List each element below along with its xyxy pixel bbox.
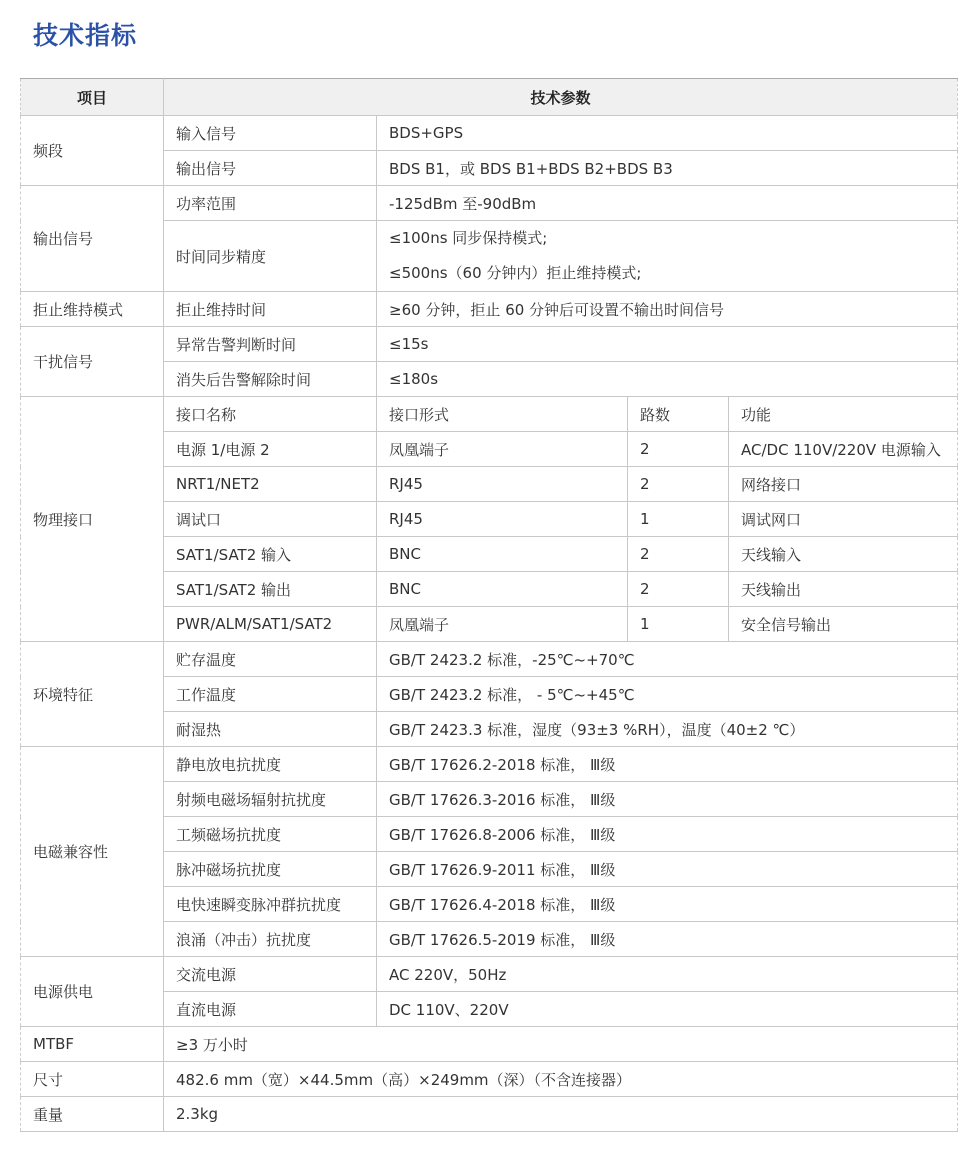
table-row: 干扰信号 异常告警判断时间 ≤15s	[21, 327, 958, 362]
param-value: ≥3 万小时	[164, 1027, 958, 1062]
category-power-supply: 电源供电	[21, 957, 164, 1027]
header-params: 技术参数	[164, 79, 958, 116]
category-mtbf: MTBF	[21, 1027, 164, 1062]
interface-header-row: 物理接口 接口名称 接口形式 路数 功能	[21, 397, 958, 432]
interface-name: SAT1/SAT2 输入	[164, 537, 377, 572]
param-value: ≤15s	[377, 327, 958, 362]
param-name: 射频电磁场辐射抗扰度	[164, 782, 377, 817]
interface-form: BNC	[377, 572, 628, 607]
table-row: 频段 输入信号 BDS+GPS	[21, 116, 958, 151]
interface-count: 2	[628, 467, 729, 502]
category-band: 频段	[21, 116, 164, 186]
param-name: 贮存温度	[164, 642, 377, 677]
interface-name: SAT1/SAT2 输出	[164, 572, 377, 607]
category-emc: 电磁兼容性	[21, 747, 164, 957]
interface-count: 1	[628, 502, 729, 537]
param-value: AC 220V，50Hz	[377, 957, 958, 992]
param-name: 拒止维持时间	[164, 292, 377, 327]
param-name: 交流电源	[164, 957, 377, 992]
param-name: 时间同步精度	[164, 221, 377, 292]
param-name: 直流电源	[164, 992, 377, 1027]
category-environment: 环境特征	[21, 642, 164, 747]
param-value: GB/T 17626.5-2019 标准， Ⅲ级	[377, 922, 958, 957]
param-value: GB/T 17626.8-2006 标准， Ⅲ级	[377, 817, 958, 852]
category-denial-mode: 拒止维持模式	[21, 292, 164, 327]
table-header-row: 项目 技术参数	[21, 79, 958, 116]
interface-count: 1	[628, 607, 729, 642]
header-item: 项目	[21, 79, 164, 116]
param-name: 异常告警判断时间	[164, 327, 377, 362]
interface-form: 凤凰端子	[377, 607, 628, 642]
interface-function: 天线输入	[729, 537, 958, 572]
param-value: ≤180s	[377, 362, 958, 397]
param-value: 2.3kg	[164, 1097, 958, 1132]
page-title: 技术指标	[33, 16, 137, 52]
interface-function: 天线输出	[729, 572, 958, 607]
interface-function: 安全信号输出	[729, 607, 958, 642]
category-output-signal: 输出信号	[21, 186, 164, 292]
param-value: GB/T 17626.3-2016 标准， Ⅲ级	[377, 782, 958, 817]
category-physical-interfaces: 物理接口	[21, 397, 164, 642]
value-line: ≤500ns（60 分钟内）拒止维持模式;	[389, 256, 957, 291]
param-name: 耐湿热	[164, 712, 377, 747]
param-name: 浪涌（冲击）抗扰度	[164, 922, 377, 957]
param-name: 输出信号	[164, 151, 377, 186]
interface-count: 2	[628, 432, 729, 467]
param-name: 电快速瞬变脉冲群抗扰度	[164, 887, 377, 922]
interface-header-name: 接口名称	[164, 397, 377, 432]
param-name: 工频磁场抗扰度	[164, 817, 377, 852]
interface-function: AC/DC 110V/220V 电源输入	[729, 432, 958, 467]
interface-header-count: 路数	[628, 397, 729, 432]
param-name: 消失后告警解除时间	[164, 362, 377, 397]
param-value: BDS B1，或 BDS B1+BDS B2+BDS B3	[377, 151, 958, 186]
param-name: 脉冲磁场抗扰度	[164, 852, 377, 887]
param-value: GB/T 2423.2 标准，-25℃~+70℃	[377, 642, 958, 677]
category-interference: 干扰信号	[21, 327, 164, 397]
param-value: GB/T 17626.2-2018 标准， Ⅲ级	[377, 747, 958, 782]
value-line: ≤100ns 同步保持模式;	[389, 221, 957, 256]
param-value: GB/T 17626.9-2011 标准， Ⅲ级	[377, 852, 958, 887]
param-value: ≤100ns 同步保持模式; ≤500ns（60 分钟内）拒止维持模式;	[377, 221, 958, 292]
interface-form: BNC	[377, 537, 628, 572]
table-row: 重量 2.3kg	[21, 1097, 958, 1132]
table-row: 环境特征 贮存温度 GB/T 2423.2 标准，-25℃~+70℃	[21, 642, 958, 677]
category-dimensions: 尺寸	[21, 1062, 164, 1097]
table-row: 电源供电 交流电源 AC 220V，50Hz	[21, 957, 958, 992]
param-value: BDS+GPS	[377, 116, 958, 151]
table-row: 输出信号 功率范围 -125dBm 至-90dBm	[21, 186, 958, 221]
param-value: GB/T 17626.4-2018 标准， Ⅲ级	[377, 887, 958, 922]
param-value: 482.6 mm（宽）×44.5mm（高）×249mm（深）（不含连接器）	[164, 1062, 958, 1097]
param-value: GB/T 2423.2 标准， - 5℃~+45℃	[377, 677, 958, 712]
interface-function: 调试网口	[729, 502, 958, 537]
param-value: -125dBm 至-90dBm	[377, 186, 958, 221]
param-value: ≥60 分钟，拒止 60 分钟后可设置不输出时间信号	[377, 292, 958, 327]
interface-count: 2	[628, 572, 729, 607]
table-row: 拒止维持模式 拒止维持时间 ≥60 分钟，拒止 60 分钟后可设置不输出时间信号	[21, 292, 958, 327]
interface-name: NRT1/NET2	[164, 467, 377, 502]
interface-header-function: 功能	[729, 397, 958, 432]
interface-name: 电源 1/电源 2	[164, 432, 377, 467]
interface-count: 2	[628, 537, 729, 572]
interface-form: RJ45	[377, 502, 628, 537]
table-row: MTBF ≥3 万小时	[21, 1027, 958, 1062]
param-value: DC 110V、220V	[377, 992, 958, 1027]
param-name: 输入信号	[164, 116, 377, 151]
param-value: GB/T 2423.3 标准，湿度（93±3 %RH），温度（40±2 ℃）	[377, 712, 958, 747]
param-name: 静电放电抗扰度	[164, 747, 377, 782]
interface-header-form: 接口形式	[377, 397, 628, 432]
param-name: 功率范围	[164, 186, 377, 221]
interface-name: 调试口	[164, 502, 377, 537]
table-row: 尺寸 482.6 mm（宽）×44.5mm（高）×249mm（深）（不含连接器）	[21, 1062, 958, 1097]
interface-name: PWR/ALM/SAT1/SAT2	[164, 607, 377, 642]
interface-form: RJ45	[377, 467, 628, 502]
spec-table: 项目 技术参数 频段 输入信号 BDS+GPS 输出信号 BDS B1，或 BD…	[20, 78, 958, 1132]
interface-function: 网络接口	[729, 467, 958, 502]
interface-form: 凤凰端子	[377, 432, 628, 467]
category-weight: 重量	[21, 1097, 164, 1132]
table-row: 电磁兼容性 静电放电抗扰度 GB/T 17626.2-2018 标准， Ⅲ级	[21, 747, 958, 782]
param-name: 工作温度	[164, 677, 377, 712]
